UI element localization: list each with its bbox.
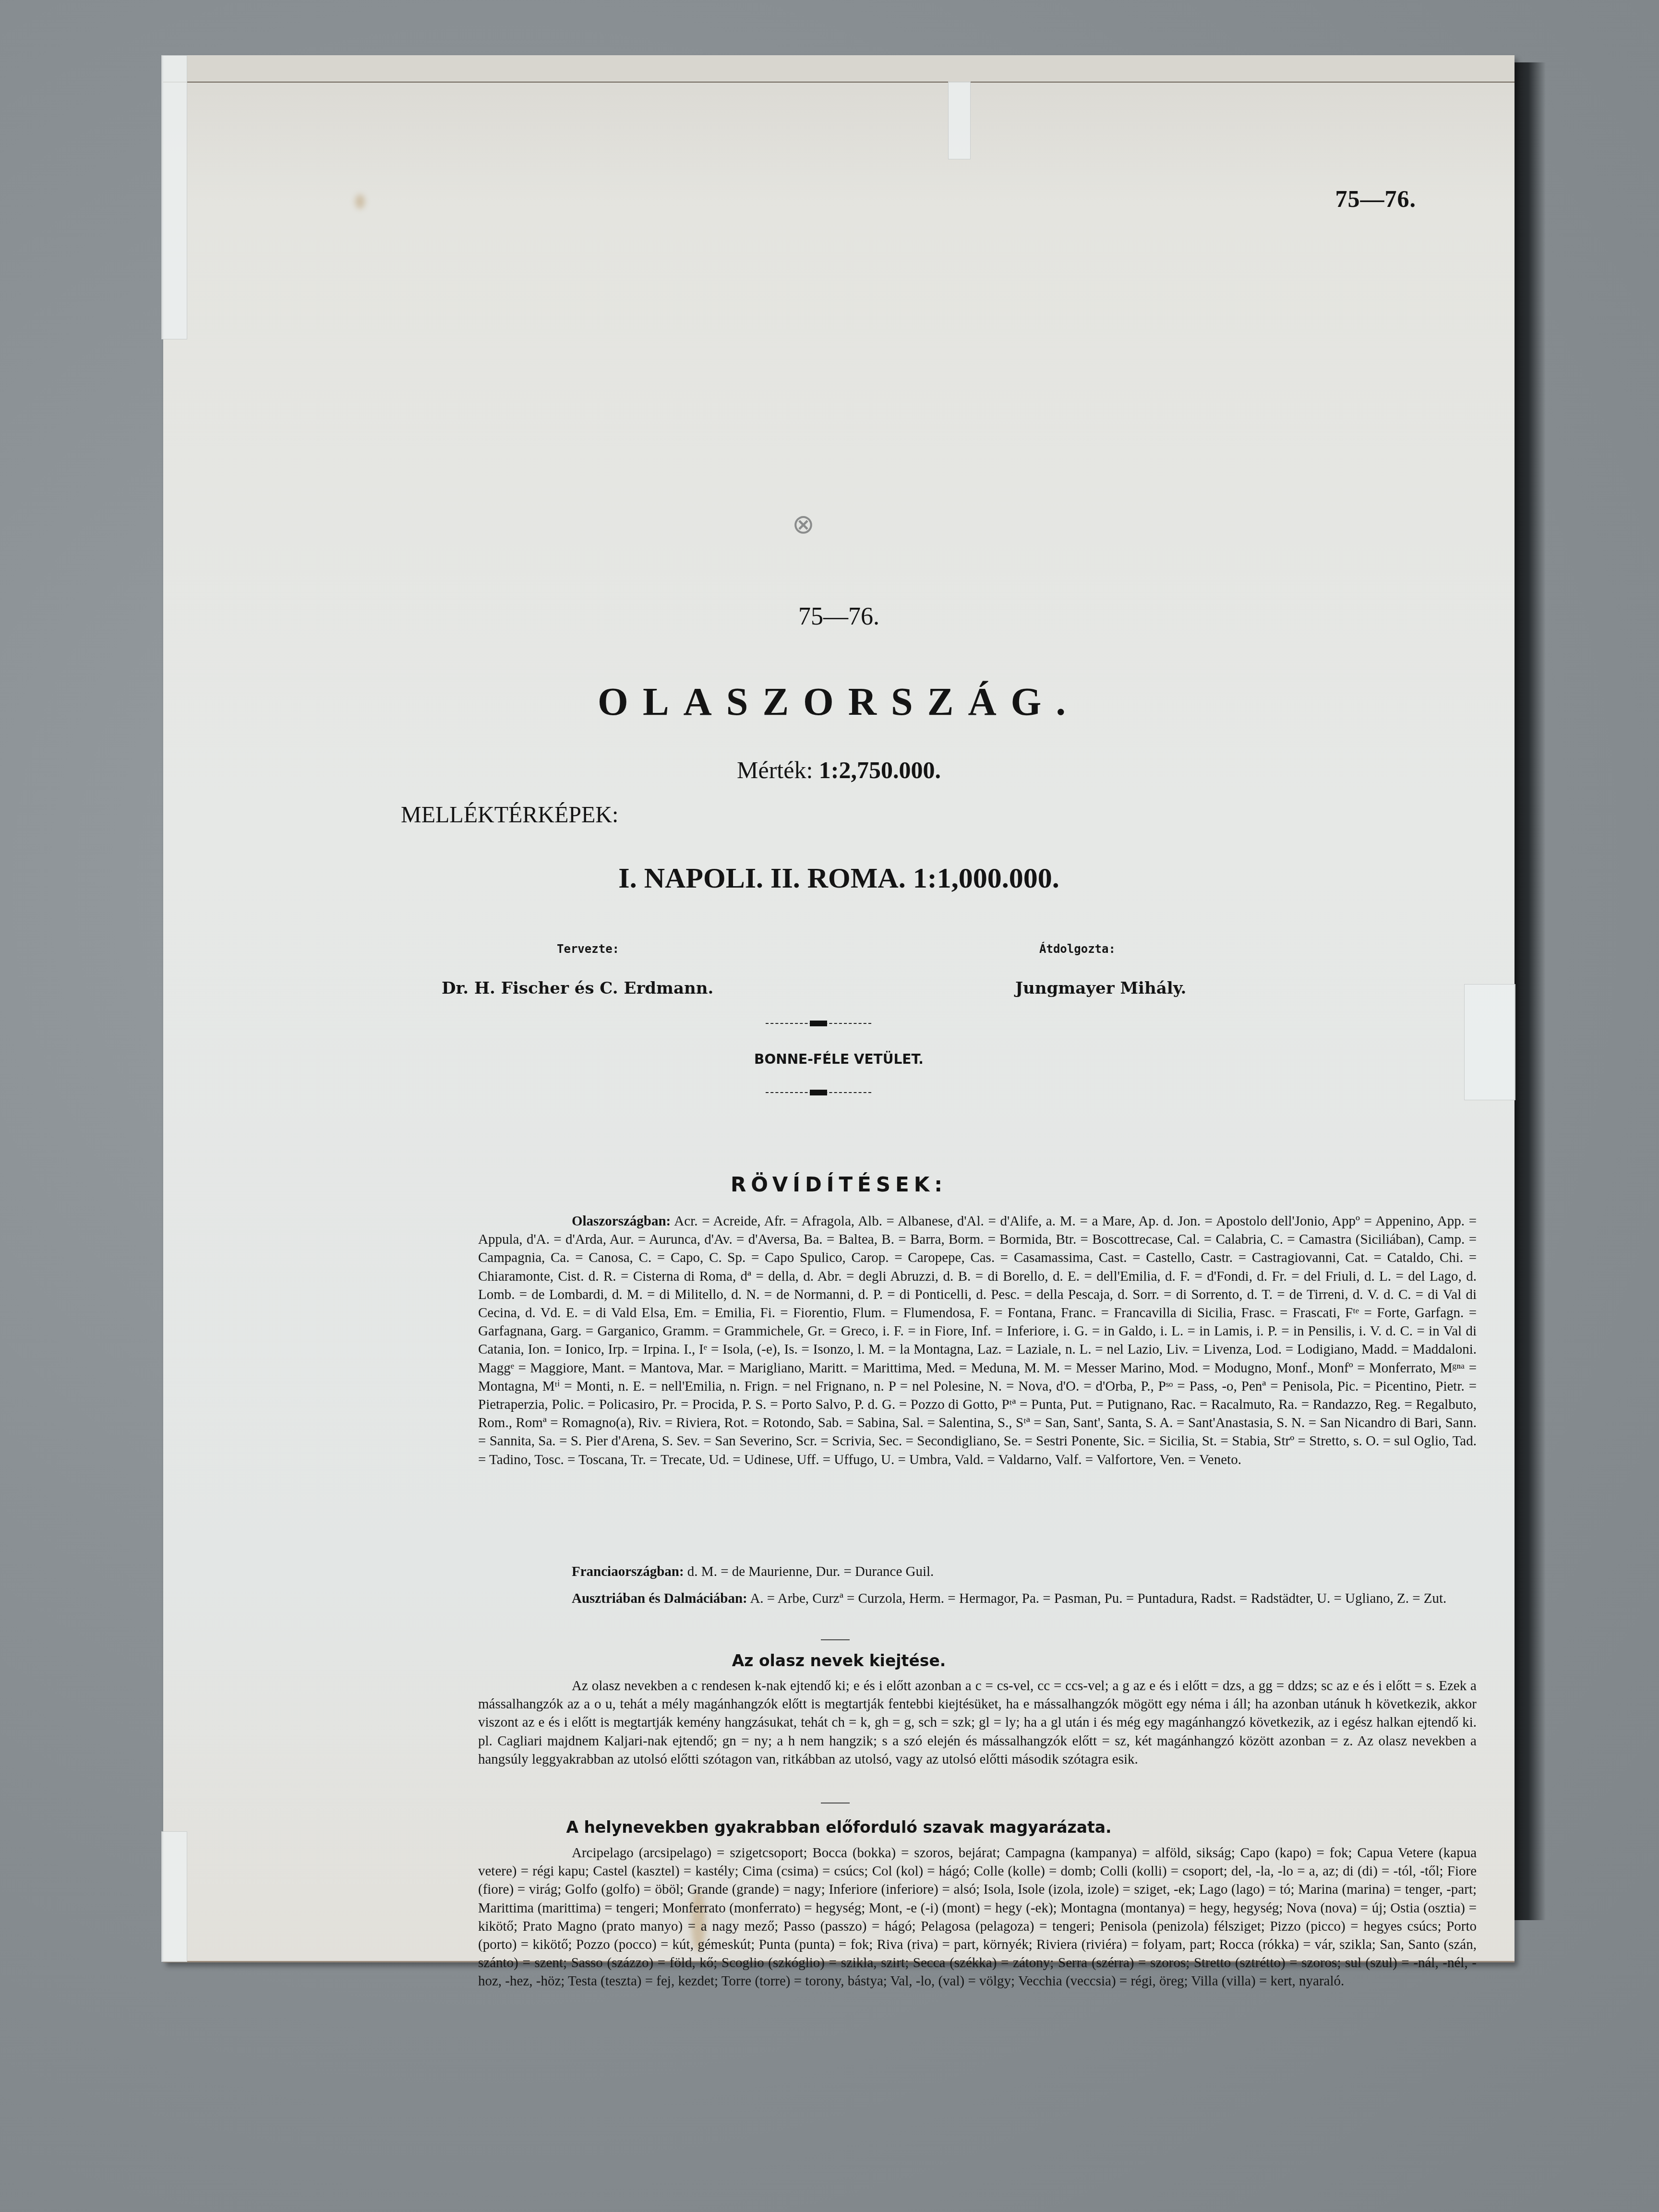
editor-name: Jungmayer Mihály. [1015, 979, 1186, 998]
pronunciation-text-block: Az olasz nevekben a c rendesen k-nak ejt… [478, 1677, 1477, 1768]
abbreviations-france-text: d. M. = de Maurienne, Dur. = Durance Gui… [684, 1564, 934, 1579]
adhesive-tape-top-left [161, 55, 187, 339]
inset-maps-title: I. NAPOLI. II. ROMA. 1:1,000.000. [163, 862, 1515, 895]
page-top-band [163, 55, 1515, 83]
designer-name: Dr. H. Fischer és C. Erdmann. [442, 979, 713, 998]
scale-value: 1:2,750.000. [819, 757, 941, 783]
page-number-center: 75—76. [163, 602, 1515, 631]
pronunciation-text: Az olasz nevekben a c rendesen k-nak ejt… [478, 1678, 1477, 1767]
page-number-top: 75—76. [1335, 185, 1417, 213]
abbreviations-austria: Ausztriában és Dalmáciában: A. = Arbe, C… [478, 1589, 1477, 1608]
designer-label: Tervezte: [557, 942, 619, 956]
adhesive-tape-bottom-left [161, 1831, 187, 1962]
glossary-text: Arcipelago (arcsipelago) = szigetcsoport… [478, 1845, 1477, 1989]
region-label-italy: Olaszországban: [572, 1214, 671, 1229]
region-label-austria: Ausztriában és Dalmáciában: [572, 1591, 747, 1606]
inset-maps-label: MELLÉKTÉRKÉPEK: [401, 802, 618, 828]
abbreviations-france: Franciaországban: d. M. = de Maurienne, … [478, 1563, 1477, 1581]
abbreviations-heading: RÖVÍDÍTÉSEK: [163, 1173, 1515, 1196]
region-label-france: Franciaországban: [572, 1564, 684, 1579]
abbreviations-italy-text: Acr. = Acreide, Afr. = Afragola, Alb. = … [478, 1214, 1477, 1467]
adhesive-tape-right [1464, 984, 1515, 1100]
section-divider [821, 1639, 850, 1640]
document-page: 75—76. ⊗ 75—76. OLASZORSZÁG. Mérték: 1:2… [163, 55, 1515, 1962]
paper-stain [355, 194, 365, 209]
scale-label: Mérték: [737, 757, 813, 783]
editor-label: Átdolgozta: [1039, 942, 1116, 956]
abbreviations-austria-text: A. = Arbe, Curzª = Curzola, Herm. = Herm… [747, 1591, 1447, 1606]
glossary-heading: A helynevekben gyakrabban előforduló sza… [163, 1818, 1515, 1837]
pencil-mark-icon: ⊗ [792, 509, 815, 540]
glossary-text-block: Arcipelago (arcsipelago) = szigetcsoport… [478, 1844, 1477, 1991]
section-divider [821, 1803, 850, 1803]
projection-label: BONNE-FÉLE VETÜLET. [163, 1051, 1515, 1067]
pronunciation-heading: Az olasz nevek kiejtése. [163, 1651, 1515, 1670]
scale-line: Mérték: 1:2,750.000. [163, 756, 1515, 784]
abbreviations-italy: Olaszországban: Acr. = Acreide, Afr. = A… [478, 1212, 1477, 1469]
adhesive-tape-top-middle [948, 82, 971, 159]
map-title: OLASZORSZÁG. [163, 679, 1515, 724]
ornament-divider [766, 1089, 871, 1096]
ornament-divider [766, 1020, 871, 1027]
